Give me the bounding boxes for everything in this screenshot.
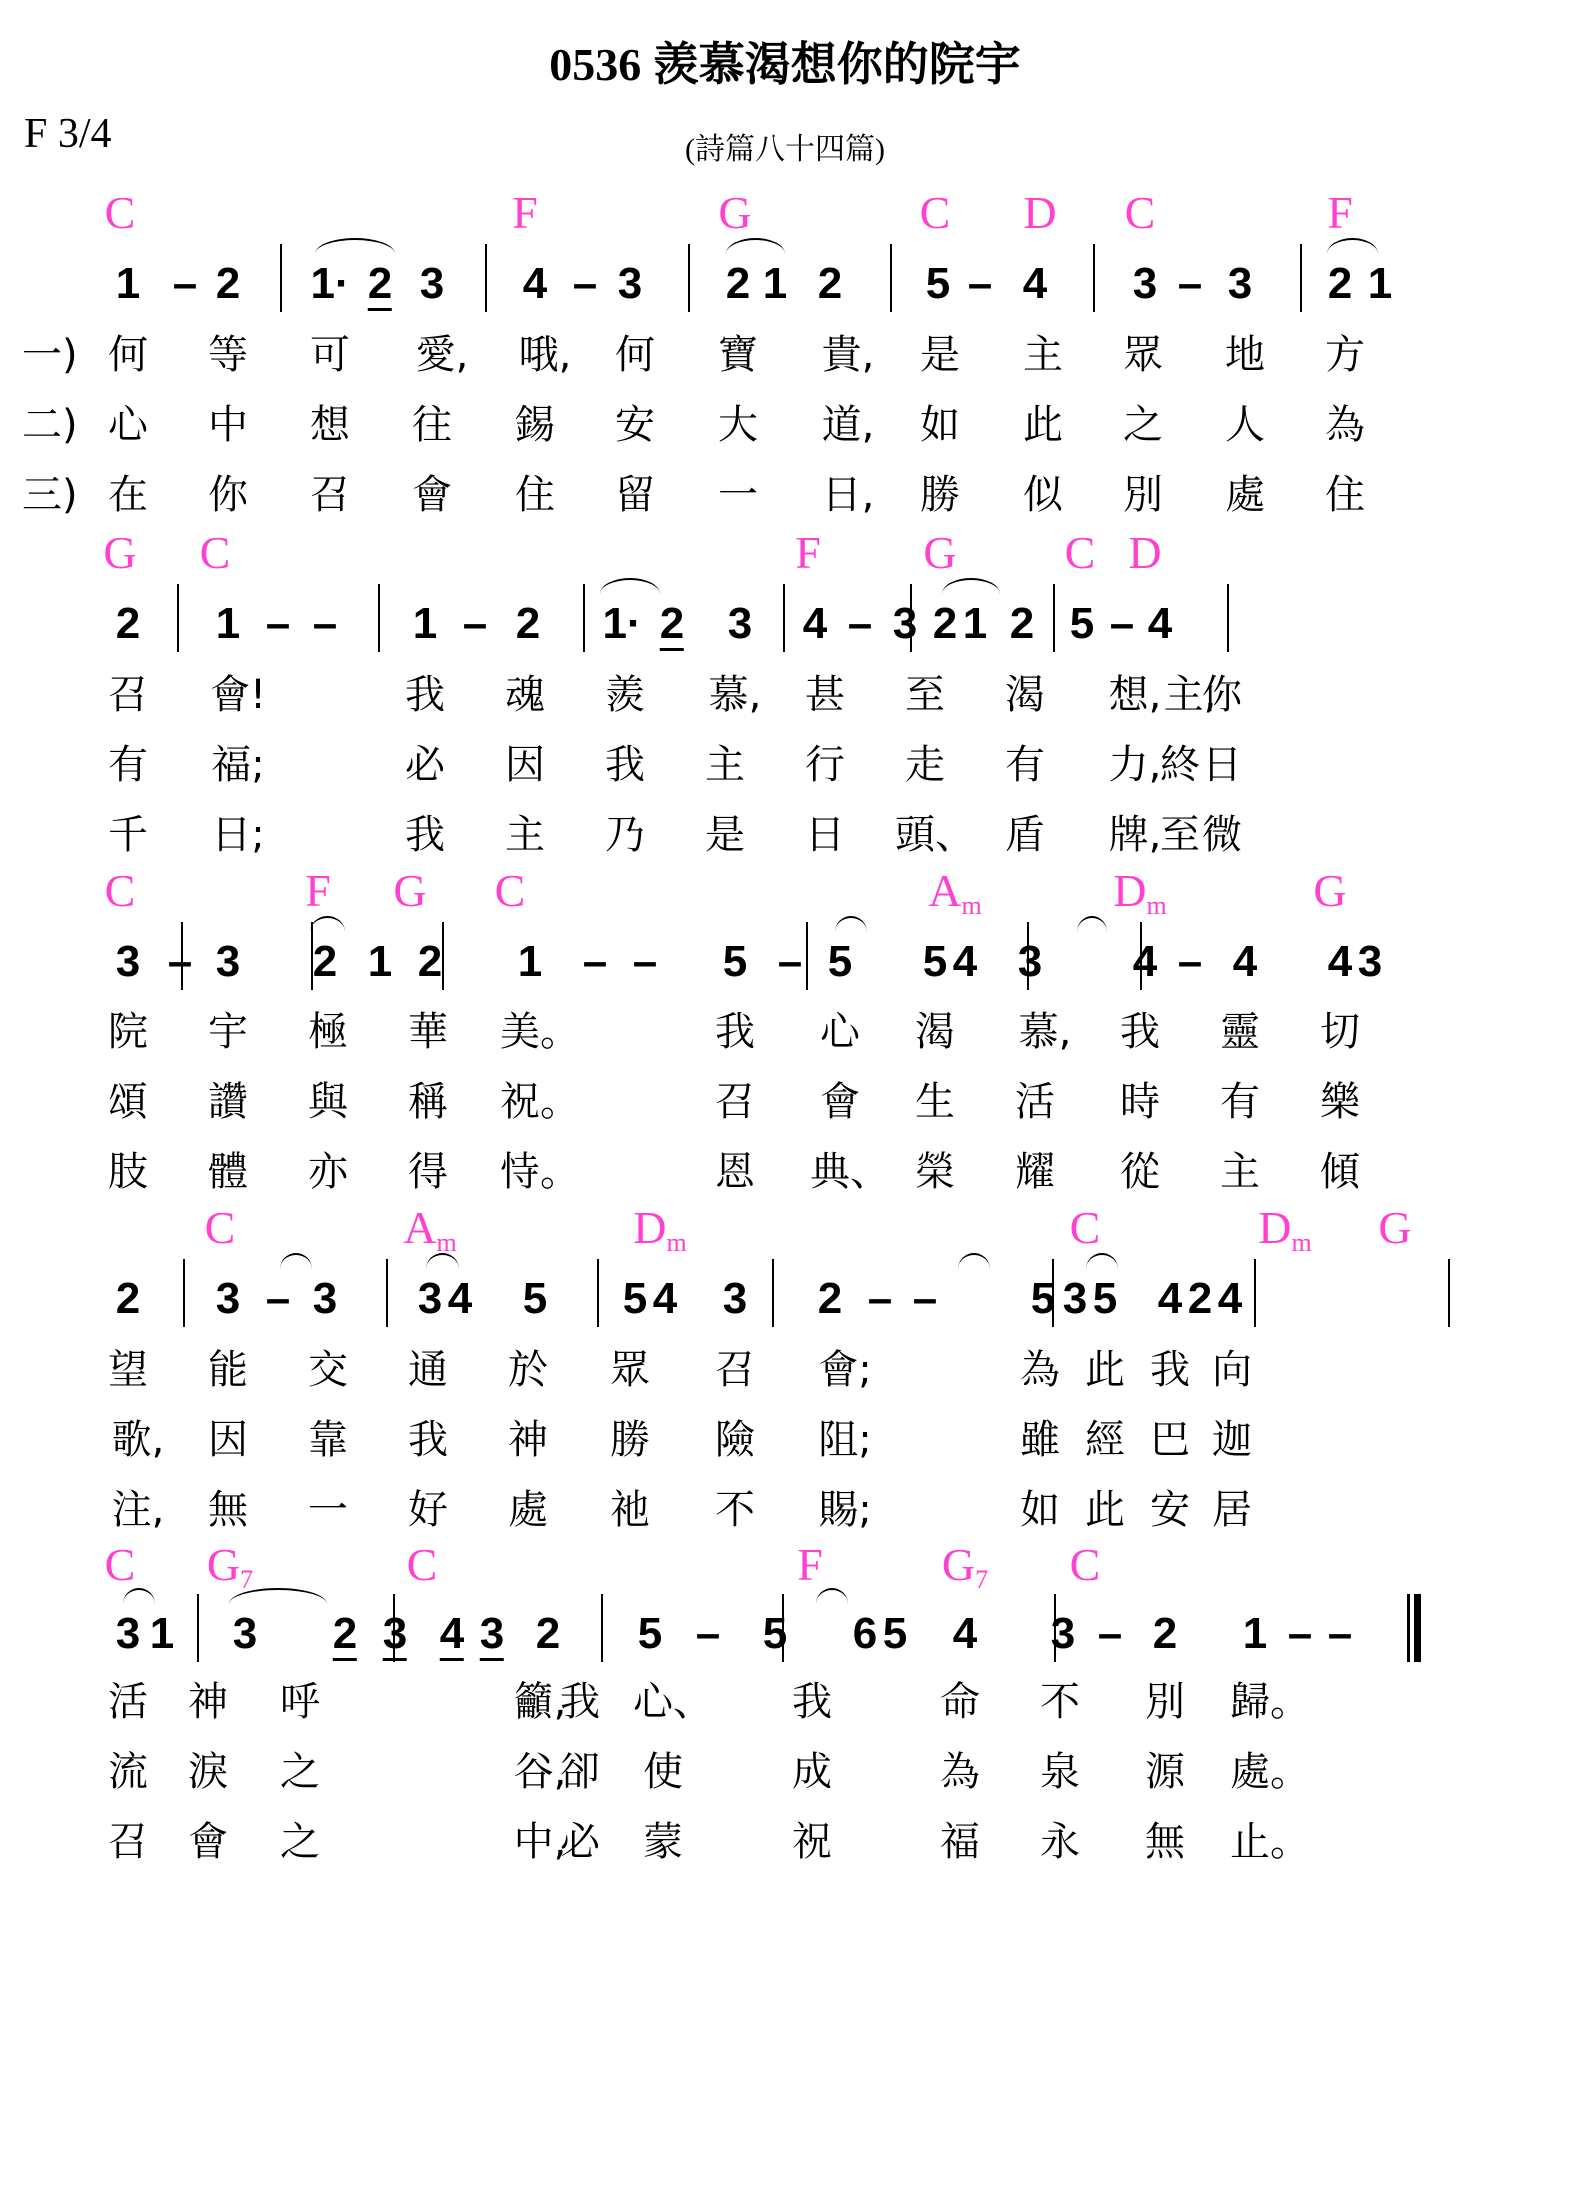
note-number: 3 [1018, 940, 1042, 984]
lyric-char: 慕, [709, 675, 762, 715]
note-number: 2 [536, 1612, 560, 1656]
chord-symbol: C [495, 868, 526, 914]
note-number: 3 [1358, 940, 1382, 984]
lyric-char: 亦 [308, 1152, 348, 1192]
slur-arc [726, 238, 785, 254]
lyric-char: 終 [1160, 745, 1200, 785]
note-number: 4 [1158, 1277, 1182, 1321]
chord-suffix: 7 [975, 1565, 988, 1594]
note-number: 1 [116, 262, 140, 306]
note-number: 1 [368, 940, 392, 984]
lyric-char: 肢 [108, 1152, 148, 1192]
barline [583, 584, 585, 652]
barline [181, 922, 183, 990]
lyric-char: 我 [405, 815, 445, 855]
note-number: 2 [368, 262, 392, 311]
note-number: 4 [448, 1277, 472, 1321]
sustain-dash: – [1178, 940, 1202, 984]
lyric-char: 祝。 [500, 1082, 580, 1122]
lyric-char: 何 [108, 335, 148, 375]
barline [1053, 584, 1055, 652]
chord-symbol: C [105, 190, 136, 236]
chord-symbol: C [105, 868, 136, 914]
chord-symbol: G7 [207, 1542, 253, 1593]
lyric-char: 福; [211, 745, 264, 785]
lyric-char: 巴 [1150, 1420, 1190, 1460]
sustain-dash: – [463, 602, 487, 646]
note-number: 4 [953, 1612, 977, 1656]
sustain-dash: – [168, 940, 192, 984]
lyric-char: 微 [1202, 815, 1242, 855]
note-number: 3 [480, 1612, 504, 1661]
lyric-char: 不 [1040, 1682, 1080, 1722]
lyric-char: 召 [108, 1822, 148, 1862]
lyric-char: 歌, [112, 1420, 165, 1460]
lyric-char: 源 [1145, 1752, 1185, 1792]
lyric-char: 你 [208, 475, 248, 515]
lyric-char: 日, [822, 475, 875, 515]
sustain-dash: – [848, 602, 872, 646]
lyric-char: 頭、 [895, 815, 975, 855]
lyric-char: 必 [405, 745, 445, 785]
lyric-char: 愛, [416, 335, 469, 375]
lyric-char: 此 [1085, 1350, 1125, 1390]
chord-suffix: m [962, 891, 982, 920]
sustain-dash: – [1110, 602, 1134, 646]
lyric-char: 甚 [805, 675, 845, 715]
chord-symbol: C [205, 1205, 236, 1251]
lyric-char: 神 [508, 1420, 548, 1460]
lyric-char: 之 [280, 1822, 320, 1862]
note-number: 3 [116, 1612, 140, 1656]
lyric-char: 道, [822, 405, 875, 445]
chord-symbol: C [1070, 1542, 1101, 1588]
lyric-char: 靈 [1220, 1012, 1260, 1052]
note-number: 2 [116, 1277, 140, 1321]
sustain-dash: – [968, 262, 992, 306]
hymn-title: 0536 羡慕渴想你的院宇 [0, 28, 1570, 94]
lyric-char: 呼 [280, 1682, 320, 1722]
slur-arc [600, 578, 660, 594]
lyric-char: 我 [405, 675, 445, 715]
slur-arc [310, 916, 345, 932]
lyric-char: 流 [108, 1752, 148, 1792]
lyric-char: 處。 [1230, 1752, 1310, 1792]
sustain-dash: – [696, 1612, 720, 1656]
chord-symbol: F [795, 530, 821, 576]
note-number: 3 [1133, 262, 1157, 306]
note-number: 1 [413, 602, 437, 646]
lyric-char: 活 [1015, 1082, 1055, 1122]
lyric-char: 交 [308, 1350, 348, 1390]
lyric-char: 方 [1325, 335, 1365, 375]
lyric-char: 於 [508, 1350, 548, 1390]
lyric-char: 恃。 [500, 1152, 580, 1192]
barline [183, 1259, 185, 1327]
lyric-char: 會! [210, 675, 266, 715]
lyric-char: 靠 [308, 1420, 348, 1460]
barline [197, 1594, 199, 1662]
lyric-char: 我 [408, 1420, 448, 1460]
lyric-char: 典、 [810, 1152, 890, 1192]
lyric-char: 我 [792, 1682, 832, 1722]
barline [1140, 922, 1142, 990]
note-number: 2 [818, 1277, 842, 1321]
lyric-char: 勝 [610, 1420, 650, 1460]
lyric-char: 有 [108, 745, 148, 785]
lyric-char: 召 [108, 675, 148, 715]
lyric-char: 勝 [920, 475, 960, 515]
sustain-dash: – [1328, 1612, 1352, 1656]
chord-symbol: F [512, 190, 538, 236]
note-number: 4 [523, 262, 547, 306]
lyric-char: 經 [1085, 1420, 1125, 1460]
lyric-char: 神 [188, 1682, 228, 1722]
lyric-char: 與 [308, 1082, 348, 1122]
lyric-char: 必 [560, 1822, 600, 1862]
lyric-char: 至 [905, 675, 945, 715]
chord-symbol: Am [928, 868, 981, 919]
lyric-char: 是 [920, 335, 960, 375]
lyric-char: 無 [1145, 1822, 1185, 1862]
lyric-char: 院 [108, 1012, 148, 1052]
sustain-dash: – [1288, 1612, 1312, 1656]
chord-symbol: C [1065, 530, 1096, 576]
note-number: 2 [933, 602, 957, 646]
lyric-char: 心 [108, 405, 148, 445]
slur-arc [958, 1253, 990, 1269]
lyric-char: 人 [1225, 405, 1265, 445]
note-number: 2 [818, 262, 842, 306]
lyric-char: 心、 [633, 1682, 713, 1722]
slur-arc [816, 1588, 848, 1604]
lyric-char: 我 [715, 1012, 755, 1052]
lyric-char: 處 [508, 1490, 548, 1530]
sustain-dash: – [573, 262, 597, 306]
sustain-dash: – [1178, 262, 1202, 306]
lyric-char: 安 [615, 405, 655, 445]
chord-symbol: G [103, 530, 136, 576]
sustain-dash: – [313, 602, 337, 646]
chord-suffix: m [1292, 1228, 1312, 1257]
note-number: 3 [728, 602, 752, 646]
note-number: 4 [1133, 940, 1157, 984]
verse-label: 二) [22, 405, 78, 445]
sustain-dash: – [1098, 1612, 1122, 1656]
lyric-char: 傾 [1320, 1152, 1360, 1192]
lyric-char: 美。 [500, 1012, 580, 1052]
chord-symbol: F [1327, 190, 1353, 236]
lyric-char: 切 [1320, 1012, 1360, 1052]
barline [1027, 922, 1029, 990]
slur-arc [1327, 238, 1378, 254]
note-number: 3 [418, 1277, 442, 1321]
lyric-char: 活 [108, 1682, 148, 1722]
lyric-char: 體 [208, 1152, 248, 1192]
note-number: 5 [923, 940, 947, 984]
lyric-char: 雖 [1020, 1420, 1060, 1460]
note-number: 2 [1188, 1277, 1212, 1321]
hymn-sheet: 0536 羡慕渴想你的院宇 F 3/4 (詩篇八十四篇) CFGCDCF1–21… [0, 0, 1570, 2200]
note-number: 5 [623, 1277, 647, 1321]
chord-symbol: D [1128, 530, 1161, 576]
note-number: 2 [418, 940, 442, 984]
lyric-char: 想 [310, 405, 350, 445]
note-number: 4 [953, 940, 977, 984]
lyric-char: 能 [208, 1350, 248, 1390]
lyric-char: 別 [1123, 475, 1163, 515]
sustain-dash: – [778, 940, 802, 984]
lyric-char: 有 [1005, 745, 1045, 785]
lyric-char: 永 [1040, 1822, 1080, 1862]
lyric-char: 眾 [1123, 335, 1163, 375]
chord-symbol: C [920, 190, 951, 236]
note-number: 3 [1063, 1277, 1087, 1321]
lyric-char: 似 [1023, 475, 1063, 515]
lyric-char: 寶 [718, 335, 758, 375]
lyric-char: 至 [1160, 815, 1200, 855]
chord-suffix: m [1147, 891, 1167, 920]
note-number: 2 [216, 262, 240, 306]
lyric-char: 我 [1120, 1012, 1160, 1052]
lyric-char: 住 [515, 475, 555, 515]
slur-arc [835, 916, 867, 932]
sustain-dash: – [266, 1277, 290, 1321]
chord-symbol: F [797, 1542, 823, 1588]
note-number: 5 [638, 1612, 662, 1656]
barline [890, 244, 892, 312]
lyric-char: 召 [715, 1350, 755, 1390]
chord-symbol: D [1023, 190, 1056, 236]
chord-symbol: G [1313, 868, 1346, 914]
lyric-char: 望 [108, 1350, 148, 1390]
sustain-dash: – [913, 1277, 937, 1321]
chord-symbol: C [1125, 190, 1156, 236]
note-number: 2 [313, 940, 337, 984]
note-number: 2 [1153, 1612, 1177, 1656]
lyric-char: 錫 [515, 405, 555, 445]
lyric-char: 我 [560, 1682, 600, 1722]
chord-symbol: G [393, 868, 426, 914]
barline [442, 922, 444, 990]
lyric-char: 止。 [1230, 1822, 1310, 1862]
lyric-char: 一 [718, 475, 758, 515]
lyric-char: 千 [108, 815, 148, 855]
barline [280, 244, 282, 312]
lyric-char: 之 [1123, 405, 1163, 445]
lyric-char: 何 [615, 335, 655, 375]
note-number: 2 [660, 602, 684, 651]
chord-symbol: C [407, 1542, 438, 1588]
lyric-char: 住 [1325, 475, 1365, 515]
sustain-dash: – [583, 940, 607, 984]
note-number: 1· [602, 602, 641, 646]
lyric-char: 卻 [560, 1752, 600, 1792]
note-number: 3 [1228, 262, 1252, 306]
lyric-char: 牌, [1109, 815, 1162, 855]
lyric-char: 樂 [1320, 1082, 1360, 1122]
chord-symbol: Dm [1113, 868, 1166, 919]
note-number: 4 [1218, 1277, 1242, 1321]
barline [601, 1594, 603, 1662]
lyric-char: 時 [1120, 1082, 1160, 1122]
note-number: 6 [853, 1612, 877, 1656]
note-number: 5 [926, 262, 950, 306]
note-number: 2 [726, 262, 750, 306]
chord-symbol: Dm [633, 1205, 686, 1256]
note-number: 1 [150, 1612, 174, 1656]
lyric-char: 貴, [822, 335, 875, 375]
lyric-char: 主 [1220, 1152, 1260, 1192]
lyric-char: 是 [705, 815, 745, 855]
lyric-char: 頌 [108, 1082, 148, 1122]
barline [386, 1259, 388, 1327]
lyric-char: 羨 [605, 675, 645, 715]
lyric-char: 因 [505, 745, 545, 785]
barline [1448, 1259, 1450, 1327]
note-number: 5 [828, 940, 852, 984]
scripture-reference: (詩篇八十四篇) [0, 124, 1570, 168]
lyric-char: 如 [920, 405, 960, 445]
lyric-char: 為 [1020, 1350, 1060, 1390]
lyric-char: 蒙 [643, 1822, 683, 1862]
note-number: 5 [523, 1277, 547, 1321]
barline [311, 922, 313, 990]
barline [485, 244, 487, 312]
lyric-char: 想, [1109, 675, 1162, 715]
chord-symbol: G [1378, 1205, 1411, 1251]
note-number: 3 [216, 1277, 240, 1321]
lyric-char: 險 [715, 1420, 755, 1460]
lyric-char: 此 [1085, 1490, 1125, 1530]
note-number: 5 [883, 1612, 907, 1656]
lyric-char: 淚 [188, 1752, 228, 1792]
lyric-char: 往 [412, 405, 452, 445]
lyric-char: 會; [818, 1350, 871, 1390]
note-number: 3 [618, 262, 642, 306]
note-number: 2 [116, 602, 140, 646]
slur-arc [315, 238, 395, 254]
note-number: 4 [440, 1612, 464, 1661]
note-number: 1 [1243, 1612, 1267, 1656]
lyric-char: 渴 [915, 1012, 955, 1052]
slur-arc [1086, 1253, 1118, 1269]
lyric-char: 中 [208, 405, 248, 445]
lyric-char: 祝 [792, 1822, 832, 1862]
lyric-char: 因 [208, 1420, 248, 1460]
slur-arc [123, 1588, 155, 1604]
note-number: 4 [1023, 262, 1047, 306]
lyric-char: 日; [211, 815, 264, 855]
lyric-char: 向 [1212, 1350, 1252, 1390]
lyric-char: 可 [310, 335, 350, 375]
note-number: 2 [333, 1612, 357, 1661]
lyric-char: 你 [1202, 675, 1242, 715]
lyric-char: 阻; [818, 1420, 871, 1460]
lyric-char: 會 [412, 475, 452, 515]
barline [782, 1594, 784, 1662]
lyric-char: 日 [1202, 745, 1242, 785]
barline [1052, 1259, 1054, 1327]
note-number: 3 [383, 1612, 407, 1661]
lyric-char: 之 [280, 1752, 320, 1792]
chord-symbol: C [105, 1542, 136, 1588]
note-number: 4 [1328, 940, 1352, 984]
lyric-char: 主 [505, 815, 545, 855]
lyric-char: 主 [705, 745, 745, 785]
note-number: 3 [116, 940, 140, 984]
barline [378, 584, 380, 652]
chord-symbol: Dm [1258, 1205, 1311, 1256]
note-number: 4 [653, 1277, 677, 1321]
lyric-char: 我 [605, 745, 645, 785]
lyric-char: 泉 [1040, 1752, 1080, 1792]
barline [688, 244, 690, 312]
lyric-char: 谷, [514, 1752, 567, 1792]
note-number: 4 [1148, 602, 1172, 646]
lyric-char: 華 [408, 1012, 448, 1052]
lyric-char: 我 [1150, 1350, 1190, 1390]
lyric-char: 會 [820, 1082, 860, 1122]
lyric-char: 籲, [514, 1682, 567, 1722]
note-number: 3 [313, 1277, 337, 1321]
lyric-char: 宇 [208, 1012, 248, 1052]
barline [772, 1259, 774, 1327]
barline [177, 584, 179, 652]
note-number: 5 [723, 940, 747, 984]
barline [1093, 244, 1095, 312]
barline [783, 584, 785, 652]
chord-symbol: C [1070, 1205, 1101, 1251]
sustain-dash: – [173, 262, 197, 306]
lyric-char: 恩 [715, 1152, 755, 1192]
barline [1054, 1594, 1056, 1662]
lyric-char: 賜; [818, 1490, 871, 1530]
lyric-char: 大 [718, 405, 758, 445]
note-number: 2 [1010, 602, 1034, 646]
lyric-char: 地 [1225, 335, 1265, 375]
slur-arc [942, 578, 1000, 594]
note-number: 3 [893, 602, 917, 646]
note-number: 3 [233, 1612, 257, 1656]
note-number: 1 [763, 262, 787, 306]
lyric-char: 乃 [605, 815, 645, 855]
note-number: 3 [420, 262, 444, 306]
lyric-char: 稱 [408, 1082, 448, 1122]
note-number: 5 [1070, 602, 1094, 646]
verse-label: 一) [22, 335, 78, 375]
note-number: 5 [1093, 1277, 1117, 1321]
chord-symbol: C [200, 530, 231, 576]
sustain-dash: – [868, 1277, 892, 1321]
note-number: 3 [723, 1277, 747, 1321]
lyric-char: 命 [940, 1682, 980, 1722]
lyric-char: 好 [408, 1490, 448, 1530]
lyric-char: 祂 [610, 1490, 650, 1530]
chord-suffix: m [667, 1228, 687, 1257]
chord-symbol: F [305, 868, 331, 914]
note-number: 4 [803, 602, 827, 646]
lyric-char: 走 [905, 745, 945, 785]
lyric-char: 力, [1109, 745, 1162, 785]
lyric-char: 哦, [519, 335, 572, 375]
lyric-char: 等 [208, 335, 248, 375]
barline [1227, 584, 1229, 652]
chord-symbol: G [923, 530, 956, 576]
lyric-char: 此 [1023, 405, 1063, 445]
lyric-char: 使 [643, 1752, 683, 1792]
lyric-char: 在 [108, 475, 148, 515]
